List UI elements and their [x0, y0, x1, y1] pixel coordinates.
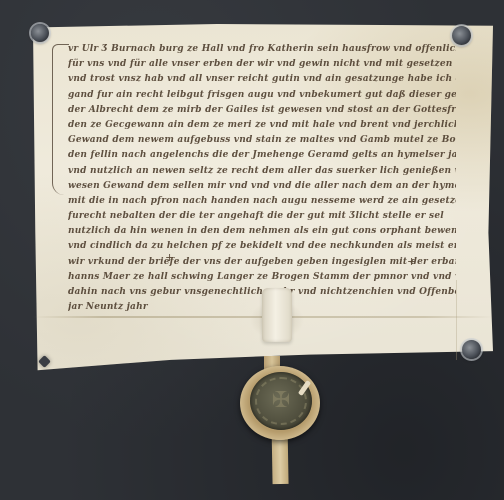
vertical-crease — [456, 280, 457, 360]
text-line: der Albrecht dem ze mirb der Gailes ist … — [68, 103, 456, 118]
notarial-mark: + — [407, 255, 416, 268]
pin-bottom-right-icon — [462, 340, 481, 359]
text-line: nutzlich da hin wenen in den dem nehmen … — [68, 224, 456, 239]
text-line: hanns Maer ze hall schwing Langer ze Bro… — [68, 270, 456, 285]
notarial-mark: + — [165, 251, 174, 264]
text-line: furecht nebalten der die ter angehaft di… — [68, 209, 456, 224]
seal-emblem-icon: ✠ — [264, 384, 298, 418]
text-line: mit die in nach pfron nach handen nach a… — [68, 194, 456, 209]
text-line: für vns vnd für alle vnser erben der wir… — [68, 57, 456, 72]
text-line: vr Ulr Ʒ Burnach burg ze Hall vnd fro Ka… — [68, 42, 456, 57]
seal-tag-loop — [262, 288, 292, 342]
text-line: vnd cindlich da zu helchen pf ze bekidel… — [68, 239, 456, 254]
text-line: wir vrkund der briefe der vns der aufgeb… — [68, 255, 456, 270]
text-line: den ze Gecgewann ain dem ze meri ze vnd … — [68, 118, 456, 133]
text-line: gand fur ain recht leibgut frisgen augu … — [68, 88, 456, 103]
text-line: wesen Gewand dem sellen mir vnd vnd vnd … — [68, 179, 456, 194]
charter-text: vr Ulr Ʒ Burnach burg ze Hall vnd fro Ka… — [68, 42, 456, 315]
text-line: vnd trost vnsz hab vnd all vnser reicht … — [68, 72, 456, 87]
text-line: vnd nutzlich an newen seltz ze recht dem… — [68, 164, 456, 179]
pin-top-right-icon — [452, 26, 471, 45]
text-line: Gewand dem newem aufgebuss vnd stain ze … — [68, 133, 456, 148]
text-line: den fellin nach angelenchs die der Jmehe… — [68, 148, 456, 163]
initial-letter-flourish — [52, 44, 69, 195]
pin-top-left-icon — [31, 24, 49, 42]
